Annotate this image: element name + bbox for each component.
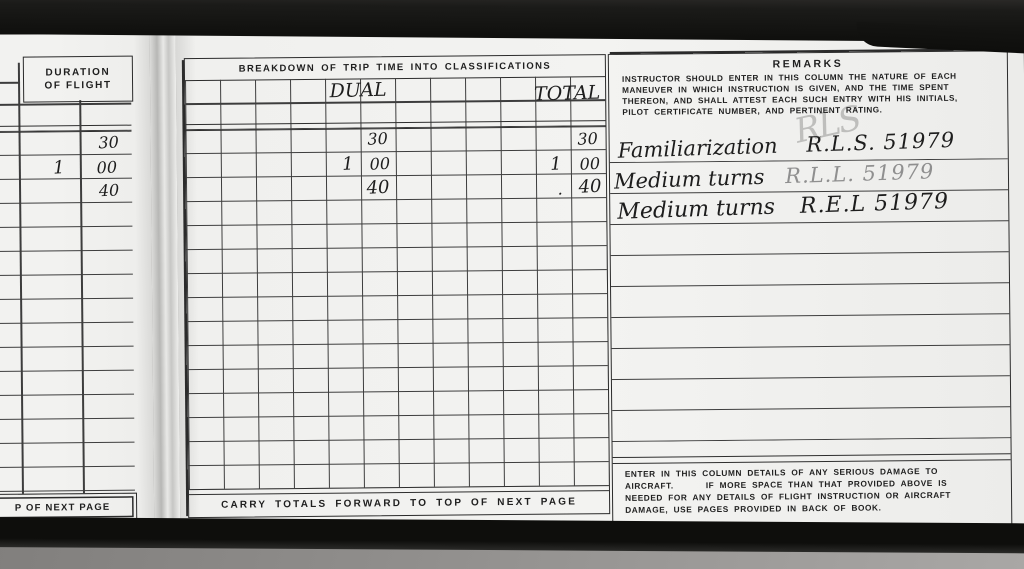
dual-value-hours: 1	[337, 153, 358, 175]
duration-value-minutes: 40	[89, 180, 130, 201]
remarks-column: REMARKS INSTRUCTOR SHOULD ENTER IN THIS …	[608, 50, 1013, 533]
breakdown-title-text: BREAKDOWN OF TRIP TIME INTO CLASSIFICATI…	[239, 61, 552, 75]
duration-value-hours: 1	[48, 157, 69, 179]
breakdown-table: BREAKDOWN OF TRIP TIME INTO CLASSIFICATI…	[184, 54, 610, 518]
total-column-label: TOTAL	[527, 81, 608, 105]
duration-value-minutes: 30	[88, 132, 129, 153]
dual-value-minutes: 30	[359, 128, 396, 149]
total-value-hours: 1	[545, 153, 566, 175]
duration-of-flight-header: DURATION OF FLIGHT	[23, 56, 133, 103]
carry-totals-text: CARRY TOTALS FORWARD TO TOP OF NEXT PAGE	[221, 496, 577, 510]
attest-initials: R.E.L 51979	[800, 189, 950, 219]
book-spine	[150, 31, 181, 525]
remark-entry-maneuver: Familiarization R.L.S. 51979	[617, 128, 955, 163]
duration-header-line1: DURATION	[45, 66, 110, 80]
breakdown-row-lines	[185, 125, 608, 489]
carry-totals-footer: CARRY TOTALS FORWARD TO TOP OF NEXT PAGE	[189, 489, 609, 517]
attest-initials: R.L.S. 51979	[806, 128, 956, 157]
logbook-scan: { "left_page": { "column_header": {"line…	[0, 0, 1024, 569]
total-value-minutes: 40	[572, 175, 609, 198]
dual-column-label: DUAL	[313, 78, 404, 102]
total-value-dot: .	[554, 179, 567, 199]
duration-value-minutes: 00	[86, 157, 127, 178]
remark-maneuver-text: Familiarization	[617, 134, 778, 163]
total-value-minutes: 00	[571, 153, 608, 174]
remarks-title: REMARKS	[609, 56, 1007, 72]
damage-note-line: DAMAGE, USE PAGES PROVIDED IN BACK OF BO…	[625, 500, 1005, 516]
dual-value-minutes: 40	[360, 176, 397, 199]
logbook-spread: DURATION OF FLIGHT 30 1 00 40 P OF NEXT …	[0, 0, 1024, 569]
remark-maneuver-text: Medium turns	[614, 165, 765, 194]
breakdown-grid	[185, 76, 609, 489]
damage-note-rule	[613, 453, 1011, 464]
total-value-minutes: 30	[569, 128, 606, 149]
remark-maneuver-text: Medium turns	[617, 195, 775, 225]
dual-value-minutes: 00	[361, 153, 398, 174]
remarks-title-text: REMARKS	[773, 58, 844, 71]
attest-initials: R.L.L. 51979	[785, 159, 935, 188]
duration-header-line2: OF FLIGHT	[44, 79, 111, 93]
left-footer-text: P OF NEXT PAGE	[15, 501, 111, 513]
